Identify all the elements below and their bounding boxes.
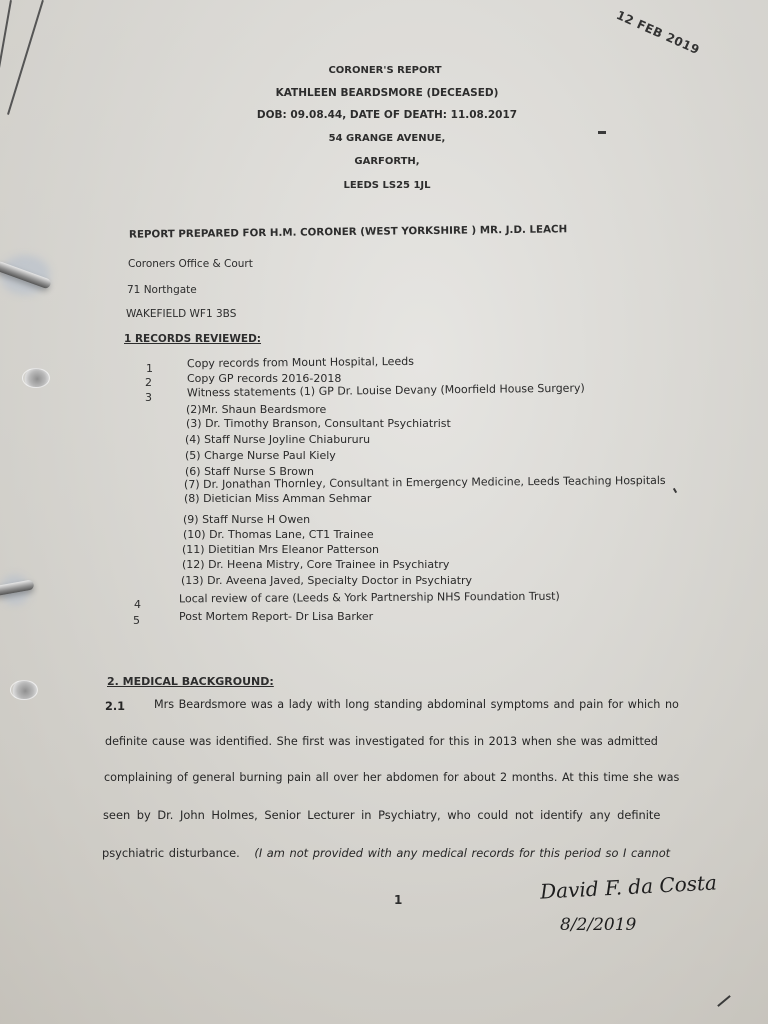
- page-edge-line: [0, 0, 12, 148]
- witness-item: (10) Dr. Thomas Lane, CT1 Trainee: [183, 528, 374, 541]
- witness-item: (2)Mr. Shaun Beardsmore: [186, 403, 326, 416]
- witness-item: (11) Dietitian Mrs Eleanor Patterson: [182, 543, 379, 556]
- witness-item: (9) Staff Nurse H Owen: [183, 513, 310, 526]
- received-date-stamp: 12 FEB 2019: [614, 8, 701, 57]
- record-item: Copy records from Mount Hospital, Leeds: [187, 355, 414, 370]
- record-number: 5: [133, 614, 140, 627]
- punch-hole-icon: [22, 368, 50, 388]
- witness-item: (4) Staff Nurse Joyline Chiabururu: [185, 433, 370, 446]
- record-number: 1: [146, 362, 153, 375]
- witness-item: (13) Dr. Aveena Javed, Specialty Doctor …: [181, 574, 472, 587]
- office-city: WAKEFIELD WF1 3BS: [126, 308, 236, 320]
- witness-item: (3) Dr. Timothy Branson, Consultant Psyc…: [186, 417, 451, 430]
- paragraph-line-last: psychiatric disturbance. (I am not provi…: [102, 846, 670, 860]
- witness-item: (12) Dr. Heena Mistry, Core Trainee in P…: [182, 558, 449, 571]
- record-number: 2: [145, 376, 152, 389]
- record-number: 3: [145, 391, 152, 404]
- record-item: Local review of care (Leeds & York Partn…: [179, 590, 560, 606]
- witness-item: (6) Staff Nurse S Brown: [185, 465, 314, 478]
- punch-hole-icon: [10, 680, 38, 700]
- medical-background-heading: 2. MEDICAL BACKGROUND:: [107, 675, 274, 688]
- records-reviewed-heading: 1 RECORDS REVIEWED:: [124, 333, 261, 345]
- paragraph-line: Mrs Beardsmore was a lady with long stan…: [154, 698, 679, 711]
- witness-item: (8) Dietician Miss Amman Sehmar: [184, 492, 371, 505]
- document-page: 12 FEB 2019 CORONER'S REPORT KATHLEEN BE…: [0, 0, 768, 1024]
- signature-date: 8/2/2019: [560, 915, 636, 935]
- page-edge-line: [7, 0, 44, 115]
- paragraph-line: definite cause was identified. She first…: [105, 735, 658, 748]
- page-number: 1: [394, 893, 402, 907]
- prepared-for-line: REPORT PREPARED FOR H.M. CORONER (WEST Y…: [129, 223, 567, 240]
- coroners-office: Coroners Office & Court: [128, 258, 253, 270]
- address-line-3: LEEDS LS25 1JL: [343, 180, 430, 191]
- deceased-name: KATHLEEN BEARDSMORE (DECEASED): [276, 87, 499, 99]
- address-line-2: GARFORTH,: [354, 156, 419, 167]
- report-title: CORONER'S REPORT: [328, 65, 441, 76]
- ink-mark: [598, 131, 606, 134]
- paragraph-line: complaining of general burning pain all …: [104, 771, 679, 784]
- paragraph-line: seen by Dr. John Holmes, Senior Lecturer…: [103, 808, 660, 822]
- office-street: 71 Northgate: [127, 284, 197, 296]
- ink-mark: [673, 488, 677, 493]
- paragraph-text: psychiatric disturbance.: [102, 846, 240, 860]
- address-line-1: 54 GRANGE AVENUE,: [329, 133, 446, 144]
- record-item: Post Mortem Report- Dr Lisa Barker: [179, 610, 373, 623]
- record-number: 4: [134, 598, 141, 611]
- record-item: Copy GP records 2016-2018: [187, 372, 341, 385]
- dob-death-dates: DOB: 09.08.44, DATE OF DEATH: 11.08.2017: [257, 109, 517, 121]
- paragraph-italic-note: (I am not provided with any medical reco…: [254, 846, 670, 860]
- paragraph-number: 2.1: [105, 700, 125, 713]
- witness-item: (7) Dr. Jonathan Thornley, Consultant in…: [184, 474, 666, 491]
- tick-mark-icon: [717, 995, 731, 1007]
- signature: David F. da Costa: [539, 870, 717, 903]
- witness-item: (5) Charge Nurse Paul Kiely: [185, 449, 336, 462]
